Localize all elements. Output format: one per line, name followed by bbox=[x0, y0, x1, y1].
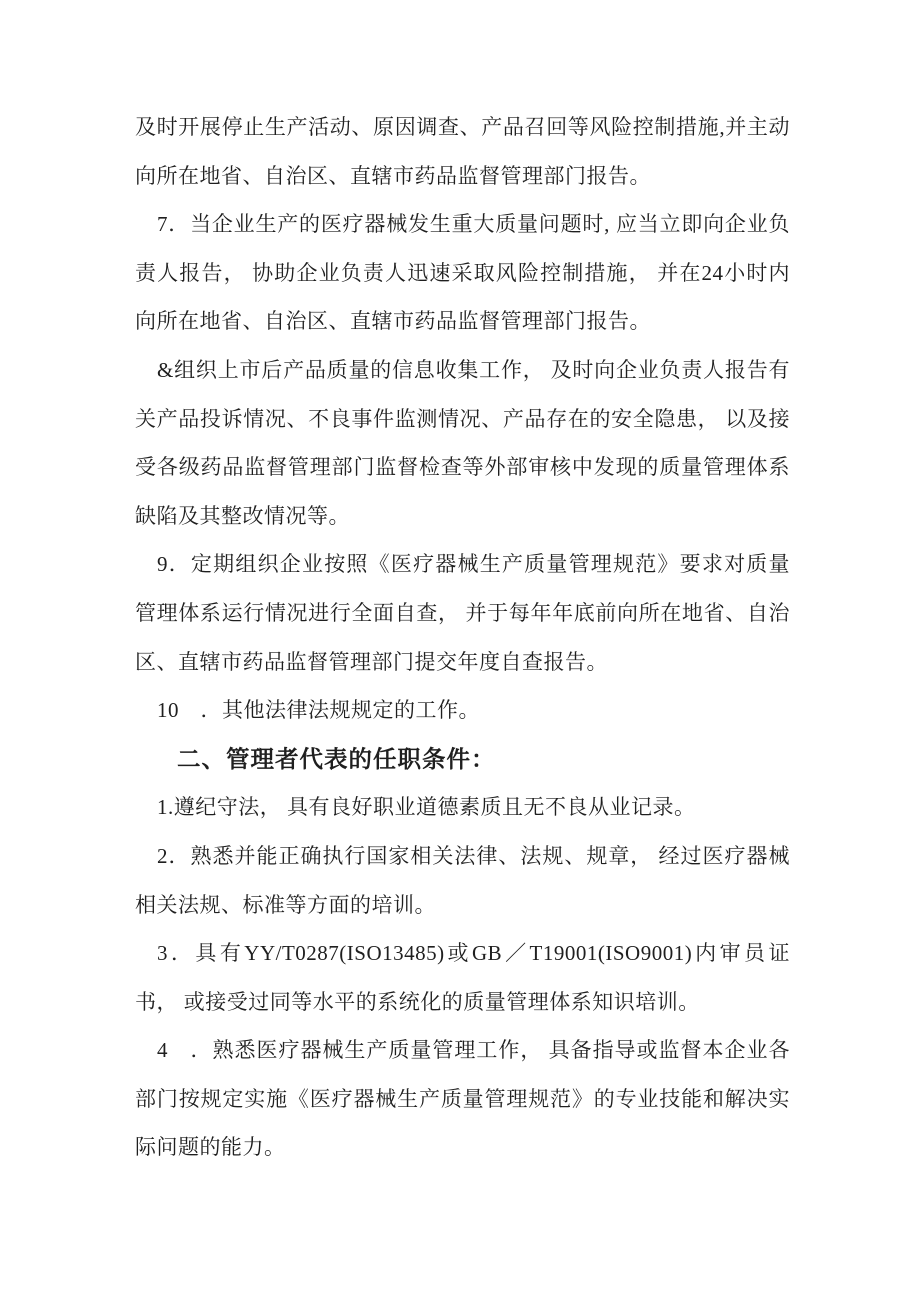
paragraph-risk-control-continued: 及时开展停止生产活动、原因调查、产品召回等风险控制措施,并主动向所在地省、自治区… bbox=[135, 103, 790, 200]
document-page: 及时开展停止生产活动、原因调查、产品召回等风险控制措施,并主动向所在地省、自治区… bbox=[0, 0, 920, 1301]
paragraph-condition-2: 2．熟悉并能正确执行国家相关法律、法规、规章， 经过医疗器械相关法规、标准等方面… bbox=[135, 832, 790, 929]
paragraph-item-7: 7．当企业生产的医疗器械发生重大质量问题时, 应当立即向企业负责人报告， 协助企… bbox=[135, 200, 790, 346]
document-text-block: 及时开展停止生产活动、原因调查、产品召回等风险控制措施,并主动向所在地省、自治区… bbox=[135, 103, 790, 1172]
paragraph-item-9: 9．定期组织企业按照《医疗器械生产质量管理规范》要求对质量管理体系运行情况进行全… bbox=[135, 540, 790, 686]
paragraph-condition-4: 4 ．熟悉医疗器械生产质量管理工作， 具备指导或监督本企业各部门按规定实施《医疗… bbox=[135, 1026, 790, 1172]
paragraph-condition-1: 1.遵纪守法， 具有良好职业道德素质且无不良从业记录。 bbox=[135, 783, 790, 832]
paragraph-condition-3: 3．具有YY/T0287(ISO13485)或GB／T19001(ISO9001… bbox=[135, 929, 790, 1026]
paragraph-item-8: &组织上市后产品质量的信息收集工作， 及时向企业负责人报告有关产品投诉情况、不良… bbox=[135, 346, 790, 540]
paragraph-item-10: 10 ．其他法律法规规定的工作。 bbox=[135, 686, 790, 735]
section-heading-qualification-requirements: 二、管理者代表的任职条件： bbox=[135, 735, 790, 784]
